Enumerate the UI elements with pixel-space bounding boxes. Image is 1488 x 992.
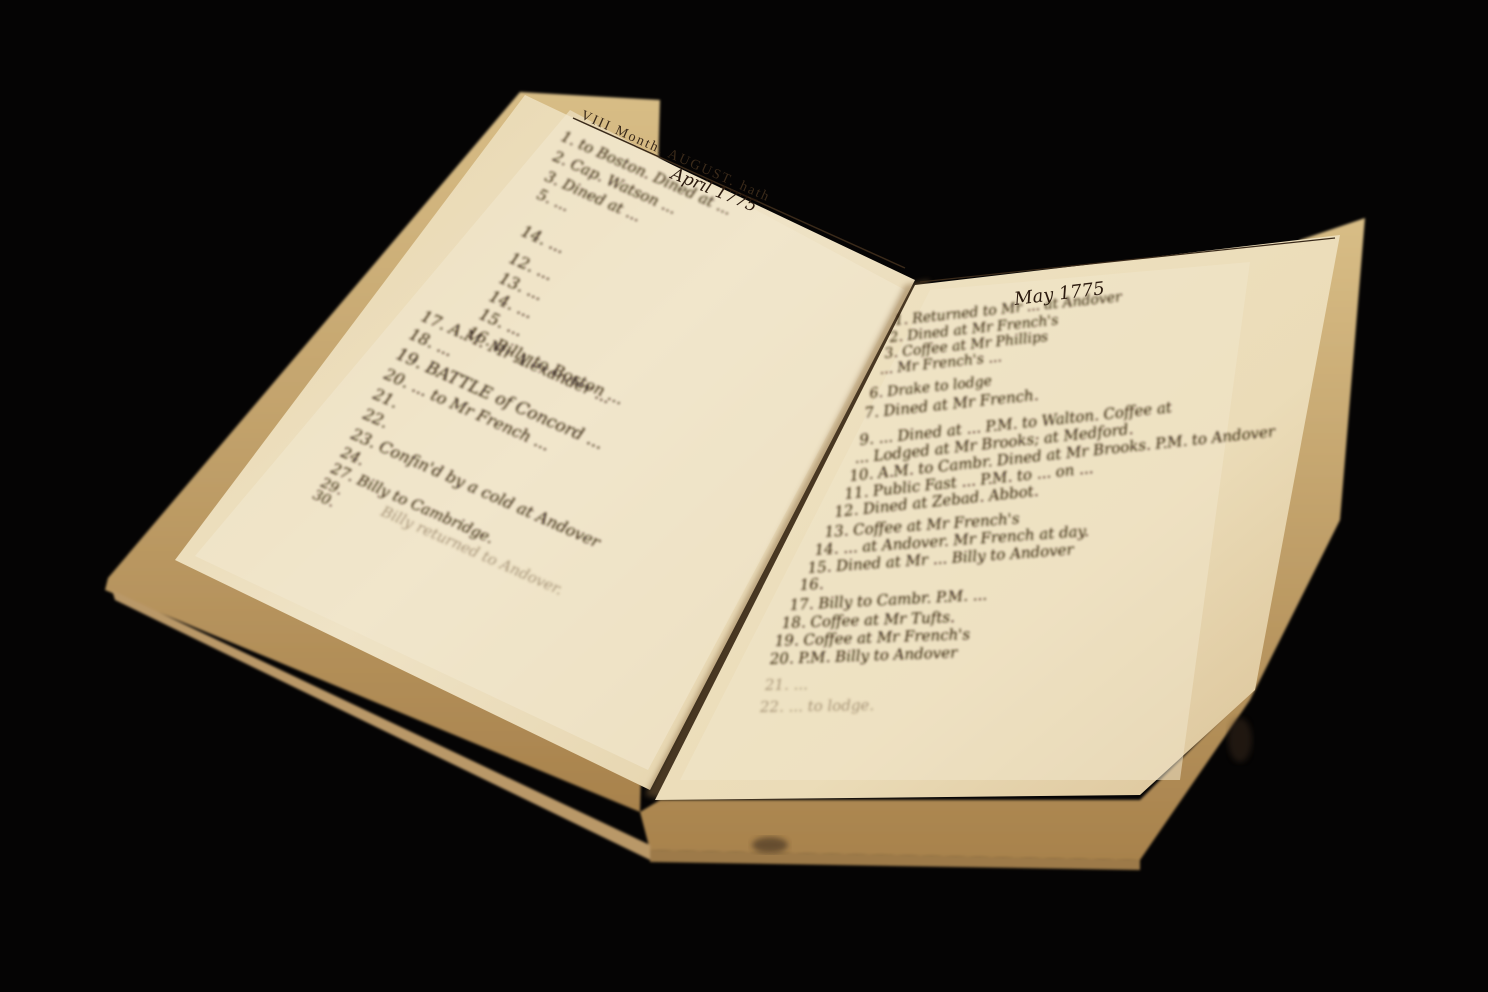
stain-spot (752, 837, 788, 853)
open-almanac-book: VIII Month. AUGUST. hath April 1775 1. t… (0, 0, 1488, 992)
svg-text:22. ... to lodge.: 22. ... to lodge. (759, 696, 874, 716)
photo-scene: Open 18th-century almanac diary with han… (0, 0, 1488, 992)
svg-text:21. ...: 21. ... (764, 675, 808, 694)
svg-text:16.: 16. (799, 575, 824, 594)
stain-spot (1228, 718, 1252, 762)
